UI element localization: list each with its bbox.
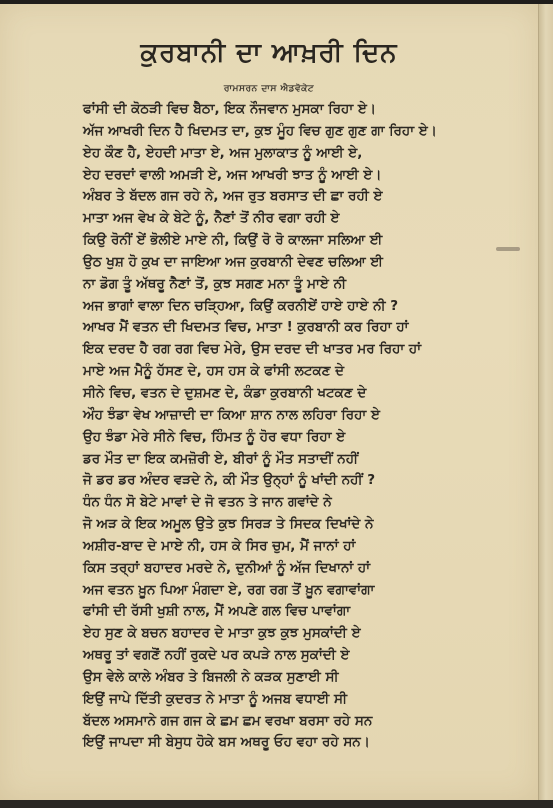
ink-smudge [496, 247, 520, 251]
poem-line: ਜੋ ਡਰ ਡਰ ਅੰਦਰ ਵੜਦੇ ਨੇ, ਕੀ ਮੌਤ ਉਨ੍ਹਾਂ ਨੂੰ… [83, 470, 523, 492]
poem-line: ਬੱਦਲ ਅਸਮਾਨੇ ਗਜ ਗਜ ਕੇ ਛਮ ਛਮ ਵਰਖਾ ਬਰਸਾ ਰਹੇ… [83, 711, 523, 733]
book-page: ਕੁਰਬਾਨੀ ਦਾ ਆਖ਼ਰੀ ਦਿਨ ਰਾਮਸਰਨ ਦਾਸ ਐਡਵੋਕੇਟ … [0, 4, 538, 800]
poem-line: ਏਹ ਕੌਣ ਹੈ, ਏਹਦੀ ਮਾਤਾ ਏ, ਅਜ ਮੁਲਾਕਾਤ ਨੂੰ ਆ… [83, 143, 523, 165]
poem-line: ਆਖਰ ਮੈਂ ਵਤਨ ਦੀ ਖਿਦਮਤ ਵਿਚ, ਮਾਤਾ ! ਕੁਰਬਾਨੀ… [83, 317, 523, 339]
poem-line: ਜੋ ਅੜ ਕੇ ਇਕ ਅਮੂਲ ਉਤੇ ਕੁਝ ਸਿਰੜ ਤੇ ਸਿਦਕ ਦਿ… [83, 514, 523, 536]
scan-bottom-border [0, 800, 553, 808]
poem-line: ਅੰਬਰ ਤੇ ਬੱਦਲ ਗਜ ਰਹੇ ਨੇ, ਅਜ ਰੁਤ ਬਰਸਾਤ ਦੀ … [83, 186, 523, 208]
poem-line: ਇਕ ਦਰਦ ਹੈ ਰਗ ਰਗ ਵਿਚ ਮੇਰੇ, ਉਸ ਦਰਦ ਦੀ ਖਾਤਰ… [83, 339, 523, 361]
poem-line: ਡਰ ਮੌਤ ਦਾ ਇਕ ਕਮਜ਼ੋਰੀ ਏ, ਬੀਰਾਂ ਨੂੰ ਮੌਤ ਸਤ… [83, 449, 523, 471]
poem-line: ਮਾਏ ਅਜ ਮੈਨੂੰ ਹੱਸਣ ਦੇ, ਹਸ ਹਸ ਕੇ ਫਾਂਸੀ ਲਟਕ… [83, 361, 523, 383]
page-edge [538, 4, 553, 804]
poem-body: ਫਾਂਸੀ ਦੀ ਕੋਠੜੀ ਵਿਚ ਬੈਠਾ, ਇਕ ਨੌਜਵਾਨ ਮੁਸਕਾ… [83, 99, 523, 754]
poem-line: ਇਉਂ ਜਾਪੇ ਦਿੱਤੀ ਕੁਦਰਤ ਨੇ ਮਾਤਾ ਨੂੰ ਅਜਬ ਵਧਾ… [83, 689, 523, 711]
poem-line: ਫਾਂਸੀ ਦੀ ਰੱਸੀ ਖੁਸ਼ੀ ਨਾਲ, ਮੈਂ ਅਪਣੇ ਗਲ ਵਿਚ… [83, 601, 523, 623]
poem-line: ਮਾਤਾ ਅਜ ਵੇਖ ਕੇ ਬੇਟੇ ਨੂੰ, ਨੈਣਾਂ ਤੋਂ ਨੀਰ ਵ… [83, 208, 523, 230]
poem-line: ਅਥਰੂ ਤਾਂ ਵਗਣੋਂ ਨਹੀਂ ਰੁਕਦੇ ਪਰ ਕਪੜੇ ਨਾਲ ਸੁ… [83, 645, 523, 667]
poem-line: ਏਹ ਸੁਣ ਕੇ ਬਚਨ ਬਹਾਦਰ ਦੇ ਮਾਤਾ ਕੁਝ ਕੁਝ ਮੁਸਕ… [83, 623, 523, 645]
poem-line: ਅੱਜ ਆਖਰੀ ਦਿਨ ਹੈ ਖਿਦਮਤ ਦਾ, ਕੁਝ ਮੂੰਹ ਵਿਚ ਗ… [83, 121, 523, 143]
poem-line: ਅਜ ਭਾਗਾਂ ਵਾਲਾ ਦਿਨ ਚੜ੍ਹਿਆ, ਕਿਉਂ ਕਰਨੀਏਂ ਹਾ… [83, 296, 523, 318]
poem-line: ਉਹ ਝੰਡਾ ਮੇਰੇ ਸੀਨੇ ਵਿਚ, ਹਿੰਮਤ ਨੂੰ ਹੋਰ ਵਧਾ… [83, 427, 523, 449]
poem-line: ਕਿਸ ਤਰ੍ਹਾਂ ਬਹਾਦਰ ਮਰਦੇ ਨੇ, ਦੁਨੀਆਂ ਨੂੰ ਅੱਜ… [83, 558, 523, 580]
poem-line: ਸੀਨੇ ਵਿਚ, ਵਤਨ ਦੇ ਦੁਸ਼ਮਣ ਦੇ, ਕੰਡਾ ਕੁਰਬਾਨੀ… [83, 383, 523, 405]
poem-line: ਕਿਉ ਰੋਨੀਂ ਏਂ ਭੋਲੀਏ ਮਾਏ ਨੀ, ਕਿਉਂ ਰੋ ਰੋ ਕਾ… [83, 230, 523, 252]
poem-line: ਫਾਂਸੀ ਦੀ ਕੋਠੜੀ ਵਿਚ ਬੈਠਾ, ਇਕ ਨੌਜਵਾਨ ਮੁਸਕਾ… [83, 99, 523, 121]
poem-line: ਅਜ ਵਤਨ ਖ਼ੂਨ ਪਿਆ ਮੰਗਦਾ ਏ, ਰਗ ਰਗ ਤੋਂ ਖ਼ੂਨ … [83, 580, 523, 602]
poem-line: ਇਉਂ ਜਾਪਦਾ ਸੀ ਬੇਸੁਧ ਹੋਕੇ ਬਸ ਅਥਰੂ ਓਹ ਵਹਾ ਰ… [83, 732, 523, 754]
poem-line: ਧੰਨ ਧੰਨ ਸੋ ਬੇਟੇ ਮਾਵਾਂ ਦੇ ਜੋ ਵਤਨ ਤੇ ਜਾਨ ਗ… [83, 492, 523, 514]
poem-author: ਰਾਮਸਰਨ ਦਾਸ ਐਡਵੋਕੇਟ [0, 84, 538, 94]
poem-line: ਔਹ ਝੰਡਾ ਵੇਖ ਆਜ਼ਾਦੀ ਦਾ ਕਿਆ ਸ਼ਾਨ ਨਾਲ ਲਹਿਰਾ… [83, 405, 523, 427]
poem-line: ਉਸ ਵੇਲੇ ਕਾਲੇ ਅੰਬਰ ਤੇ ਬਿਜਲੀ ਨੇ ਕੜਕ ਸੁਣਾਈ … [83, 667, 523, 689]
poem-line: ਉਠ ਖੁਸ਼ ਹੋ ਕੁਖ ਦਾ ਜਾਇਆ ਅਜ ਕੁਰਬਾਨੀ ਦੇਵਣ ਚ… [83, 252, 523, 274]
poem-line: ਅਸ਼ੀਰ-ਬਾਦ ਦੇ ਮਾਏ ਨੀ, ਹਸ ਕੇ ਸਿਰ ਚੁਮ, ਮੈਂ … [83, 536, 523, 558]
poem-title: ਕੁਰਬਾਨੀ ਦਾ ਆਖ਼ਰੀ ਦਿਨ [0, 38, 538, 69]
poem-line: ਨਾ ਡੋਗ ਤੂੰ ਅੱਥਰੂ ਨੈਣਾਂ ਤੋਂ, ਕੁਝ ਸਗਣ ਮਨਾ … [83, 274, 523, 296]
poem-line: ਏਹ ਦਰਦਾਂ ਵਾਲੀ ਅਮੜੀ ਏ, ਅਜ ਆਖਰੀ ਝਾਤ ਨੂੰ ਆਈ… [83, 165, 523, 187]
